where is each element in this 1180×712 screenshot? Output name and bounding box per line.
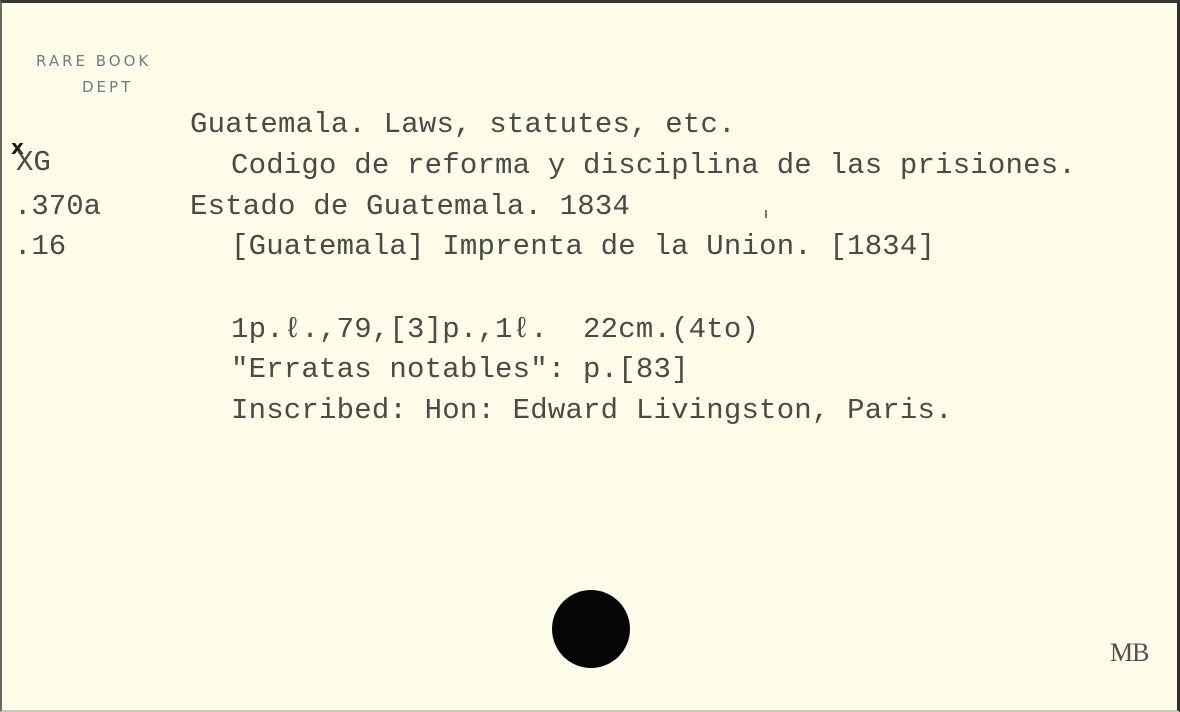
catalog-card: Rare Book Dept x XG .370a .16 Guatemala.…	[0, 0, 1180, 712]
rare-book-stamp-line2: Dept	[82, 80, 133, 95]
call-number-part-2: .370a	[14, 192, 101, 221]
title-line-2: Estado de Guatemala. 1834	[190, 192, 630, 221]
inscription-note: Inscribed: Hon: Edward Livingston, Paris…	[231, 396, 953, 425]
collation-line: 1p.ℓ.,79,[3]p.,1ℓ. 22cm.(4to)	[231, 315, 759, 344]
title-line-1: Codigo de reforma y disciplina de las pr…	[231, 151, 1076, 180]
errata-note: "Erratas notables": p.[83]	[231, 355, 689, 384]
cataloger-initials: MB	[1110, 640, 1148, 666]
call-number-part-1: XG	[16, 148, 51, 177]
punch-hole-icon	[552, 590, 630, 668]
main-heading: Guatemala. Laws, statutes, etc.	[190, 110, 736, 139]
stray-mark	[765, 210, 767, 218]
imprint-line: [Guatemala] Imprenta de la Union. [1834]	[231, 232, 935, 261]
call-number-part-3: .16	[14, 232, 66, 261]
rare-book-stamp-line1: Rare Book	[36, 54, 151, 69]
